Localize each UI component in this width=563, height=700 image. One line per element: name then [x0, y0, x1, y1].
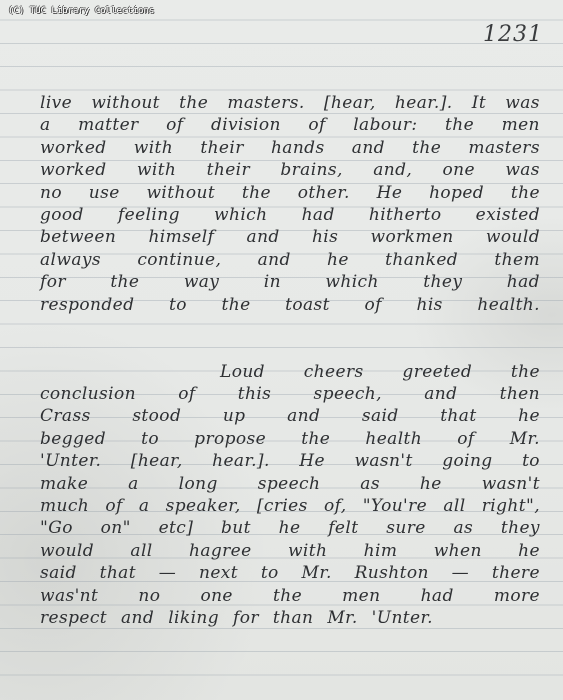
- word: and: [352, 137, 385, 159]
- word: was: [505, 92, 540, 114]
- word: than: [273, 607, 313, 629]
- word: without: [146, 182, 215, 204]
- word: with: [137, 159, 176, 181]
- word: begged: [40, 428, 106, 450]
- word: in: [264, 271, 281, 293]
- word: they: [501, 517, 540, 539]
- word: wasn't: [354, 450, 412, 472]
- word: the: [110, 271, 139, 293]
- word: without: [91, 92, 160, 114]
- word: use: [89, 182, 120, 204]
- word: of: [166, 114, 183, 136]
- word: hear.].: [395, 92, 453, 114]
- word: [cries: [257, 495, 308, 517]
- word: there: [492, 562, 540, 584]
- word: —: [159, 562, 176, 584]
- word: division: [211, 114, 281, 136]
- word: to: [261, 562, 279, 584]
- word: had: [302, 204, 335, 226]
- page-number: 1231: [483, 22, 543, 47]
- word: more: [494, 585, 540, 607]
- word: health.: [477, 294, 540, 316]
- manuscript-line: makealongspeechashewasn't: [40, 473, 540, 495]
- word: and: [258, 249, 291, 271]
- word: the: [511, 182, 540, 204]
- word: the: [273, 585, 302, 607]
- word: the: [222, 294, 251, 316]
- word: their: [207, 159, 250, 181]
- word: but: [221, 517, 251, 539]
- word: of: [178, 383, 195, 405]
- word: would: [40, 540, 94, 562]
- word: of,: [324, 495, 347, 517]
- word: they: [423, 271, 462, 293]
- word: the: [445, 114, 474, 136]
- word: then: [500, 383, 540, 405]
- word: Loud: [220, 361, 265, 383]
- word: respect: [40, 607, 107, 629]
- word: cheers: [304, 361, 364, 383]
- word: for: [233, 607, 259, 629]
- word: other.: [298, 182, 350, 204]
- word: of: [457, 428, 474, 450]
- word: long: [179, 473, 218, 495]
- word: their: [200, 137, 243, 159]
- word: all: [443, 495, 465, 517]
- word: no: [138, 585, 160, 607]
- word: with: [288, 540, 327, 562]
- word: "Go: [40, 517, 73, 539]
- word: to: [141, 428, 159, 450]
- word: —: [452, 562, 469, 584]
- word: much: [40, 495, 89, 517]
- word: labour:: [353, 114, 417, 136]
- word: men: [342, 585, 380, 607]
- word: he: [518, 540, 540, 562]
- word: and: [287, 405, 320, 427]
- word: hitherto: [369, 204, 442, 226]
- word: himself: [148, 226, 214, 248]
- word: toast: [285, 294, 330, 316]
- manuscript-line: alwayscontinue,andhethankedthem: [40, 249, 540, 271]
- manuscript-line: muchofaspeaker,[criesof,"You'reallright"…: [40, 495, 540, 517]
- word: brains,: [280, 159, 342, 181]
- word: hands: [271, 137, 325, 159]
- word: said: [362, 405, 399, 427]
- word: no: [40, 182, 62, 204]
- word: one: [443, 159, 475, 181]
- word: masters: [468, 137, 540, 159]
- word: wasn't: [482, 473, 540, 495]
- word: with: [134, 137, 173, 159]
- word: which: [214, 204, 267, 226]
- manuscript-line: Crassstoodupandsaidthathe: [40, 405, 540, 427]
- manuscript-line: livewithoutthemasters.[hear,hear.].Itwas: [40, 92, 540, 114]
- word: health: [365, 428, 422, 450]
- word: speaker,: [166, 495, 241, 517]
- word: had: [421, 585, 454, 607]
- word: his: [312, 226, 338, 248]
- word: the: [412, 137, 441, 159]
- word: the: [511, 361, 540, 383]
- word: continue,: [137, 249, 221, 271]
- word: to: [169, 294, 187, 316]
- word: [hear,: [324, 92, 376, 114]
- word: sure: [386, 517, 425, 539]
- word: hoped: [429, 182, 484, 204]
- word: workmen: [371, 226, 454, 248]
- manuscript-page: (C) TUC Library Collections 1231 livewit…: [0, 0, 563, 700]
- word: of: [105, 495, 122, 517]
- word: was'nt: [40, 585, 98, 607]
- word: conclusion: [40, 383, 136, 405]
- manuscript-line: amatterofdivisionoflabour:themen: [40, 114, 540, 136]
- word: all: [130, 540, 152, 562]
- word: between: [40, 226, 116, 248]
- word: He: [377, 182, 403, 204]
- word: going: [442, 450, 492, 472]
- word: always: [40, 249, 101, 271]
- word: his: [416, 294, 442, 316]
- word: he: [420, 473, 442, 495]
- word: this: [238, 383, 272, 405]
- word: as: [360, 473, 380, 495]
- word: Mr.: [327, 607, 357, 629]
- word: a: [139, 495, 150, 517]
- word: had: [507, 271, 540, 293]
- handwritten-text: livewithoutthemasters.[hear,hear.].Itwas…: [40, 92, 540, 629]
- word: the: [179, 92, 208, 114]
- word: worked: [40, 159, 107, 181]
- word: hear.].: [212, 450, 270, 472]
- word: as: [453, 517, 473, 539]
- word: one: [200, 585, 232, 607]
- word: stood: [132, 405, 181, 427]
- word: Crass: [40, 405, 91, 427]
- word: propose: [194, 428, 266, 450]
- manuscript-line: 'Unter.[hear,hear.].Hewasn'tgoingto: [40, 450, 540, 472]
- manuscript-line: was'ntnoonethemenhadmore: [40, 585, 540, 607]
- word: and: [121, 607, 154, 629]
- word: feeling: [118, 204, 180, 226]
- manuscript-line: conclusionofthisspeech,andthen: [40, 383, 540, 405]
- word: and: [424, 383, 457, 405]
- word: It: [472, 92, 486, 114]
- manuscript-line: forthewayinwhichtheyhad: [40, 271, 540, 293]
- word: to: [522, 450, 540, 472]
- word: and,: [373, 159, 412, 181]
- manuscript-line: respectandlikingforthanMr.'Unter.: [40, 607, 540, 629]
- word: worked: [40, 137, 107, 159]
- word: which: [325, 271, 378, 293]
- manuscript-line: workedwiththeirbrains,and,onewas: [40, 159, 540, 181]
- manuscript-line: beggedtoproposethehealthofMr.: [40, 428, 540, 450]
- word: matter: [78, 114, 139, 136]
- word: masters.: [227, 92, 304, 114]
- manuscript-line: nousewithouttheother.Hehopedthe: [40, 182, 540, 204]
- word: up: [223, 405, 246, 427]
- manuscript-line: Loudcheersgreetedthe: [40, 361, 540, 383]
- word: the: [242, 182, 271, 204]
- word: 'Unter.: [40, 450, 101, 472]
- word: He: [299, 450, 325, 472]
- word: [hear,: [131, 450, 183, 472]
- word: him: [364, 540, 398, 562]
- word: right",: [482, 495, 540, 517]
- word: of: [308, 114, 325, 136]
- word: he: [518, 405, 540, 427]
- manuscript-line: workedwiththeirhandsandthemasters: [40, 137, 540, 159]
- word: hagree: [189, 540, 252, 562]
- word: of: [365, 294, 382, 316]
- word: make: [40, 473, 88, 495]
- word: Rushton: [355, 562, 429, 584]
- word: existed: [476, 204, 540, 226]
- manuscript-line: wouldallhagreewithhimwhenhe: [40, 540, 540, 562]
- word: he: [279, 517, 301, 539]
- word: felt: [328, 517, 358, 539]
- word: that: [100, 562, 136, 584]
- word: way: [184, 271, 220, 293]
- word: etc]: [159, 517, 194, 539]
- word: thanked: [385, 249, 458, 271]
- word: said: [40, 562, 77, 584]
- word: liking: [168, 607, 219, 629]
- word: that: [440, 405, 476, 427]
- word: speech: [258, 473, 321, 495]
- word: the: [301, 428, 330, 450]
- word: "You're: [363, 495, 427, 517]
- paragraph-gap: [40, 316, 540, 361]
- word: on": [101, 517, 131, 539]
- word: Mr.: [510, 428, 540, 450]
- word: live: [40, 92, 72, 114]
- manuscript-line: saidthat—nexttoMr.Rushton—there: [40, 562, 540, 584]
- manuscript-line: respondedtothetoastofhishealth.: [40, 294, 540, 316]
- copyright-watermark: (C) TUC Library Collections: [8, 6, 154, 16]
- word: would: [486, 226, 540, 248]
- manuscript-line: goodfeelingwhichhadhithertoexisted: [40, 204, 540, 226]
- manuscript-line: "Goon"etc]buthefeltsureasthey: [40, 517, 540, 539]
- word: speech,: [314, 383, 382, 405]
- word: he: [327, 249, 349, 271]
- word: men: [502, 114, 540, 136]
- word: responded: [40, 294, 134, 316]
- word: was: [505, 159, 540, 181]
- word: them: [494, 249, 540, 271]
- word: Mr.: [302, 562, 332, 584]
- manuscript-line: betweenhimselfandhisworkmenwould: [40, 226, 540, 248]
- word: for: [40, 271, 66, 293]
- word: and: [247, 226, 280, 248]
- word: when: [434, 540, 482, 562]
- word: next: [199, 562, 238, 584]
- word: a: [40, 114, 51, 136]
- word: a: [128, 473, 139, 495]
- word: good: [40, 204, 84, 226]
- word: 'Unter.: [372, 607, 433, 629]
- word: greeted: [402, 361, 472, 383]
